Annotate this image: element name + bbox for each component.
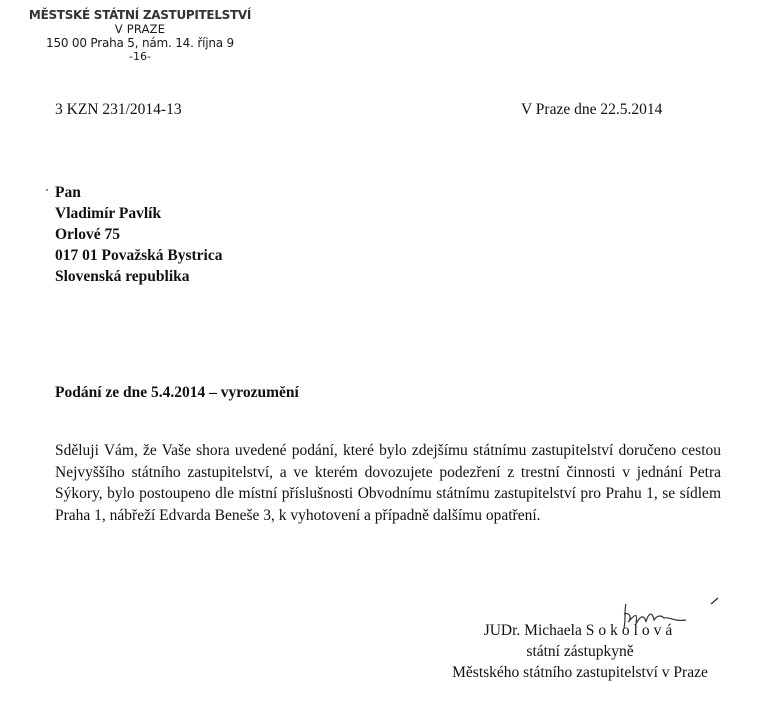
signatory-role: státní zástupkyně (420, 641, 740, 662)
letter-body: Sděluji Vám, že Vaše shora uvedené podán… (55, 440, 721, 526)
recipient-street: Orlové 75 (55, 224, 222, 245)
recipient-address: Pan Vladimír Pavlík Orlové 75 017 01 Pov… (55, 182, 222, 287)
margin-mark (46, 189, 48, 191)
signatory-name: JUDr. Michaela Sokolová (420, 620, 740, 641)
recipient-salutation: Pan (55, 182, 222, 203)
recipient-country: Slovenská republika (55, 266, 222, 287)
stamp-address: 150 00 Praha 5, nám. 14. října 9 (0, 36, 280, 50)
recipient-city: 017 01 Považská Bystrica (55, 245, 222, 266)
signatory-surname: Sokolová (586, 622, 677, 639)
recipient-name: Vladimír Pavlík (55, 203, 222, 224)
stamp-number: -16- (0, 50, 280, 64)
stamp-organization: MĚSTSKÉ STÁTNÍ ZASTUPITELSTVÍ (0, 8, 280, 23)
case-reference: 3 KZN 231/2014-13 (55, 101, 182, 119)
signatory-first-name: JUDr. Michaela (484, 622, 582, 639)
letter-subject: Podání ze dne 5.4.2014 – vyrozumění (55, 384, 299, 402)
signatory-office: Městského státního zastupitelství v Praz… (420, 662, 740, 683)
office-stamp: MĚSTSKÉ STÁTNÍ ZASTUPITELSTVÍ V PRAZE 15… (0, 8, 280, 64)
signature-block: JUDr. Michaela Sokolová státní zástupkyn… (420, 620, 740, 683)
stamp-city: V PRAZE (0, 22, 280, 36)
letter-date: V Praze dne 22.5.2014 (521, 101, 662, 119)
